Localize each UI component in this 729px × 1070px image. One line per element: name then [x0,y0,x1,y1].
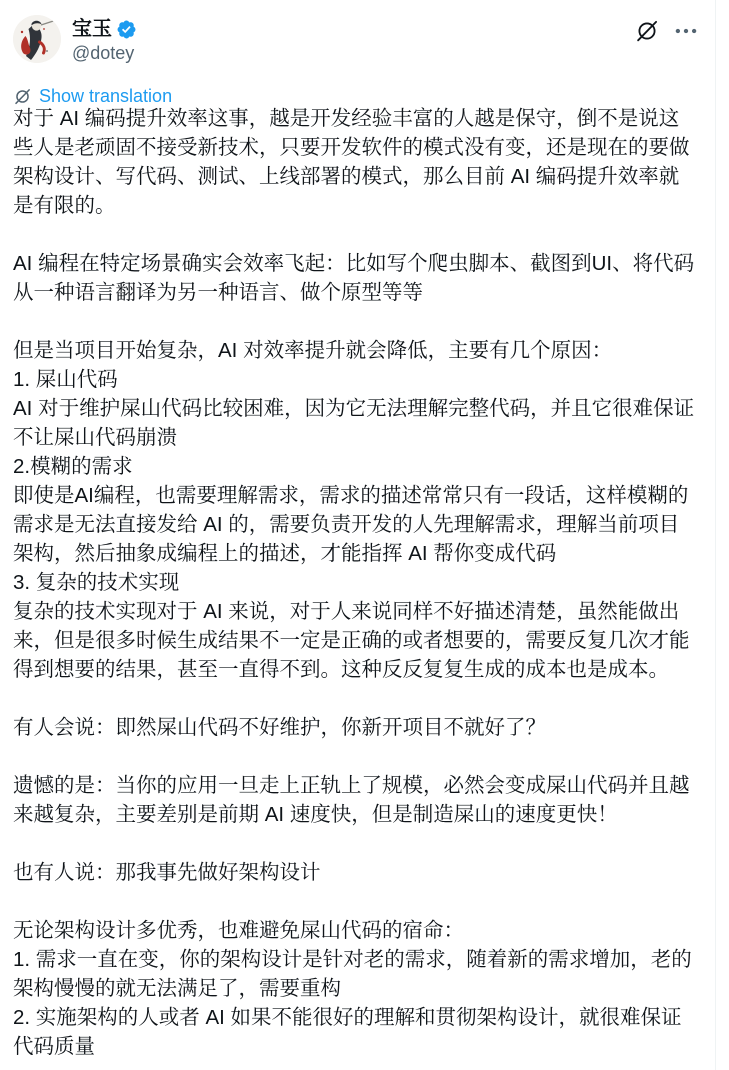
more-ellipsis-icon [673,18,699,44]
avatar-artwork [13,15,61,63]
avatar[interactable] [13,15,61,63]
grok-button[interactable] [634,18,660,44]
display-name[interactable]: 宝玉 [72,17,112,41]
grok-icon [13,87,32,106]
name-row: 宝玉 [72,17,137,41]
verified-badge-icon [116,19,137,40]
tweet-text: 对于 AI 编码提升效率这事，越是开发经验丰富的人越是保守，倒不是说这 些人是老… [13,104,716,1061]
tweet-header: 宝玉 @dotey [13,15,699,64]
column-divider [715,0,716,1070]
more-button[interactable] [673,18,699,44]
user-handle[interactable]: @dotey [72,42,137,64]
user-identity: 宝玉 @dotey [72,15,137,64]
header-actions [634,15,699,44]
grok-slashed-circle-icon [634,18,660,44]
